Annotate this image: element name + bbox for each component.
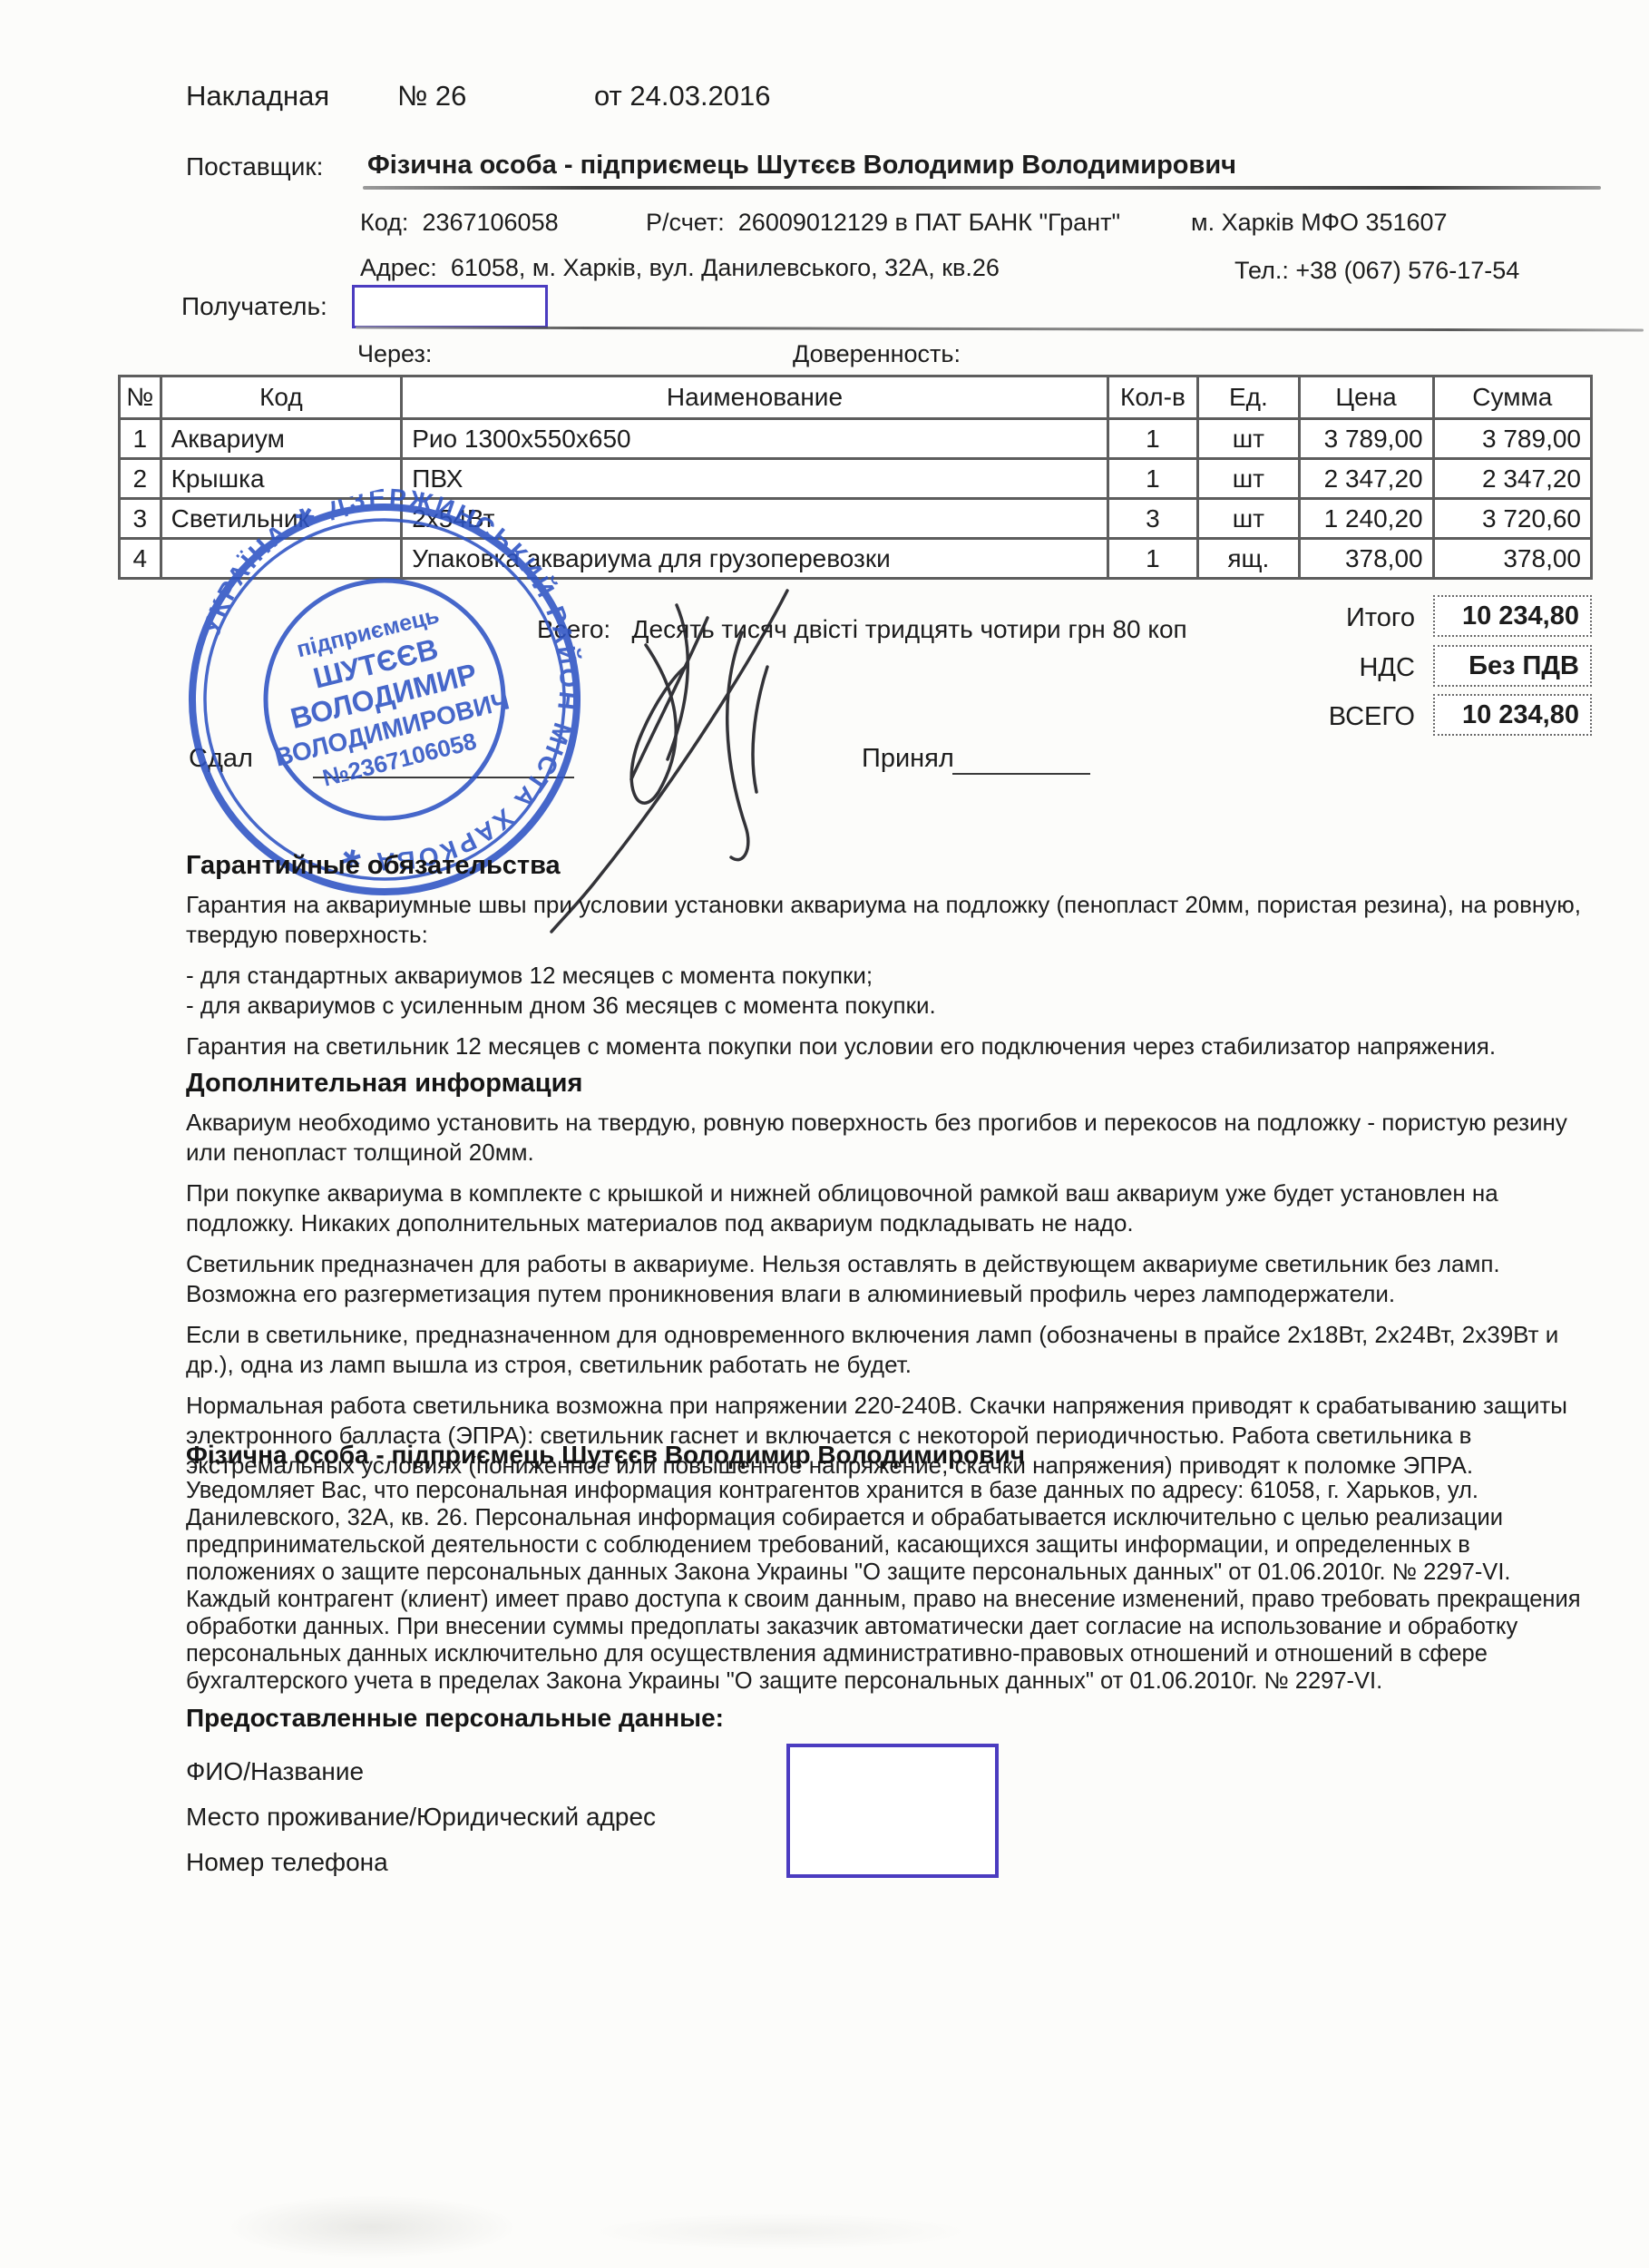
cell-sum: 3 789,00 xyxy=(1433,419,1591,459)
provided-data-input[interactable] xyxy=(786,1744,999,1878)
supplier-account: Р/счет: 26009012129 в ПАТ БАНК "Грант" xyxy=(646,209,1120,237)
col-sum: Сумма xyxy=(1433,376,1591,419)
personal-data-title: Фізична особа - підприємець Шутєєв Волод… xyxy=(186,1441,1590,1470)
col-unit: Ед. xyxy=(1198,376,1300,419)
cell-code xyxy=(161,539,402,579)
total-value-box: 10 234,80 xyxy=(1433,595,1592,637)
cell-number: 1 xyxy=(120,419,161,459)
stamp-line: підприємець xyxy=(294,602,442,662)
warranty-paragraph: Гарантия на аквариумные швы при условии … xyxy=(186,890,1590,950)
additional-info-section: Дополнительная информация Аквариум необх… xyxy=(186,1069,1590,1491)
col-name: Наименование xyxy=(402,376,1108,419)
cell-price: 1 240,20 xyxy=(1299,499,1433,539)
supplier-phone: Тел.: +38 (067) 576-17-54 xyxy=(1234,257,1519,285)
cell-name: Рио 1300х550х650 xyxy=(402,419,1108,459)
amount-in-words: Всего: Десять тисяч двісті тридцять чоти… xyxy=(537,615,1187,644)
supplier-name: Фізична особа - підприємець Шутєєв Волод… xyxy=(367,151,1236,181)
stamp-line: ШУТЄЄВ xyxy=(310,632,442,695)
vat-label: НДС xyxy=(1270,653,1415,683)
cell-price: 378,00 xyxy=(1299,539,1433,579)
additional-info-title: Дополнительная информация xyxy=(186,1069,1590,1099)
grand-total-value-box: 10 234,80 xyxy=(1433,694,1592,736)
warranty-title: Гарантийные обязательства xyxy=(186,851,1590,881)
doc-number: № 26 xyxy=(397,80,466,112)
vat-value-box: Без ПДВ xyxy=(1433,645,1592,687)
warranty-bullet: - для аквариумов с усиленным дном 36 мес… xyxy=(186,991,1590,1021)
cell-code: Аквариум xyxy=(161,419,402,459)
proxy-label: Доверенность: xyxy=(793,340,961,368)
recipient-input[interactable] xyxy=(352,285,548,328)
via-label: Через: xyxy=(357,340,432,368)
cell-price: 2 347,20 xyxy=(1299,459,1433,499)
total-label: Итого xyxy=(1270,603,1415,633)
additional-paragraph: Светильник предназначен для работы в акв… xyxy=(186,1249,1590,1309)
personal-data-body: Уведомляет Вас, что персональная информа… xyxy=(186,1477,1590,1695)
cell-sum: 3 720,60 xyxy=(1433,499,1591,539)
handed-by-label: Сдал xyxy=(189,744,253,774)
received-by-label: Принял xyxy=(862,744,954,774)
divider-line xyxy=(356,327,1644,332)
provided-data-title: Предоставленные персональные данные: xyxy=(186,1704,1590,1733)
cell-name: Упаковка аквариума для грузоперевозки xyxy=(402,539,1108,579)
col-code: Код xyxy=(161,376,402,419)
supplier-address: Адрес: 61058, м. Харків, вул. Данилевськ… xyxy=(360,254,1000,282)
cell-number: 3 xyxy=(120,499,161,539)
cell-qty: 1 xyxy=(1107,539,1197,579)
grand-total-label: ВСЕГО xyxy=(1270,702,1415,732)
stamp-line: №2367106058 xyxy=(320,727,480,791)
warranty-section: Гарантийные обязательства Гарантия на ак… xyxy=(186,851,1590,1072)
cell-sum: 378,00 xyxy=(1433,539,1591,579)
table-row: 3 Светильник 2х54Вт 3 шт 1 240,20 3 720,… xyxy=(120,499,1592,539)
recipient-label: Получатель: xyxy=(181,292,327,321)
cell-code: Светильник xyxy=(161,499,402,539)
cell-sum: 2 347,20 xyxy=(1433,459,1591,499)
scan-artifact xyxy=(590,2214,971,2250)
table-header-row: № Код Наименование Кол-в Ед. Цена Сумма xyxy=(120,376,1592,419)
cell-unit: шт xyxy=(1198,419,1300,459)
cell-code: Крышка xyxy=(161,459,402,499)
additional-paragraph: Если в светильнике, предназначенном для … xyxy=(186,1320,1590,1380)
doc-date: от 24.03.2016 xyxy=(594,80,771,112)
cell-unit: шт xyxy=(1198,499,1300,539)
supplier-city-mfo: м. Харків МФО 351607 xyxy=(1191,209,1448,237)
table-row: 2 Крышка ПВХ 1 шт 2 347,20 2 347,20 xyxy=(120,459,1592,499)
doc-type-label: Накладная xyxy=(186,80,329,112)
warranty-paragraph: Гарантия на светильник 12 месяцев с моме… xyxy=(186,1031,1590,1061)
cell-unit: ящ. xyxy=(1198,539,1300,579)
table-row: 1 Аквариум Рио 1300х550х650 1 шт 3 789,0… xyxy=(120,419,1592,459)
received-signature-line[interactable] xyxy=(952,773,1090,775)
divider-line xyxy=(363,186,1601,190)
items-table: № Код Наименование Кол-в Ед. Цена Сумма … xyxy=(118,375,1593,580)
cell-qty: 1 xyxy=(1107,419,1197,459)
stamp-line: ВОЛОДИМИРОВИЧ xyxy=(272,686,512,771)
personal-data-section: Фізична особа - підприємець Шутєєв Волод… xyxy=(186,1441,1590,1706)
warranty-bullet: - для стандартных аквариумов 12 месяцев … xyxy=(186,961,1590,991)
cell-unit: шт xyxy=(1198,459,1300,499)
invoice-document: Накладная № 26 от 24.03.2016 Поставщик: … xyxy=(0,0,1649,2268)
cell-number: 2 xyxy=(120,459,161,499)
cell-price: 3 789,00 xyxy=(1299,419,1433,459)
supplier-code: Код: 2367106058 xyxy=(360,209,559,237)
scan-artifact xyxy=(227,2195,517,2259)
table-row: 4 Упаковка аквариума для грузоперевозки … xyxy=(120,539,1592,579)
handed-signature-line[interactable] xyxy=(313,777,574,778)
col-number: № xyxy=(120,376,161,419)
col-qty: Кол-в xyxy=(1107,376,1197,419)
cell-qty: 1 xyxy=(1107,459,1197,499)
additional-paragraph: Аквариум необходимо установить на тверду… xyxy=(186,1108,1590,1168)
additional-paragraph: При покупке аквариума в комплекте с крыш… xyxy=(186,1178,1590,1238)
cell-number: 4 xyxy=(120,539,161,579)
cell-name: ПВХ xyxy=(402,459,1108,499)
supplier-label: Поставщик: xyxy=(186,152,323,181)
cell-name: 2х54Вт xyxy=(402,499,1108,539)
col-price: Цена xyxy=(1299,376,1433,419)
stamp-line: ВОЛОДИМИР xyxy=(288,657,481,735)
cell-qty: 3 xyxy=(1107,499,1197,539)
